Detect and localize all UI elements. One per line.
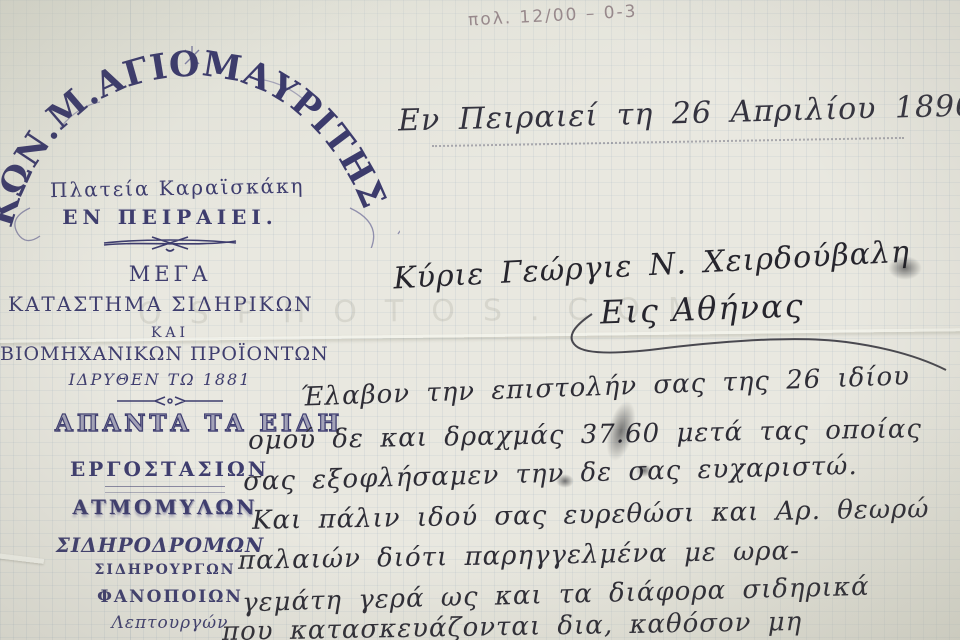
letter-photo: OSPHOTOS.COM πολ. 12/00 – 0-3 ΚΩΝ.Μ.ΑΓΙΟ… [0,0,960,640]
arc-flourish [346,208,400,248]
paper-tear [0,553,44,564]
body-line: σας εξοφλήσαμεν την δε σας ευχαριστώ. [243,451,858,497]
date-underline [432,137,904,147]
divider-ornament-icon [100,231,240,253]
letterhead-city: ΕΝ ΠΕΙΡΑΙΕΙ. [60,205,280,229]
divider-ornament-icon [115,393,225,409]
body-line: παλαιών διότι παρηγγελμένα με ωρα- [238,536,800,576]
body-line: ομού δε και δραχμάς 37.60 μετά τας οποία… [248,414,922,456]
letterhead-line: ΒΙΟΜΗΧΑΝΙΚΩΝ ΠΡΟΪΟΝΤΩΝ [0,343,320,365]
specialty-item: ΑΠΑΝΤΑ ΤΑ ΕΙΔΗ [55,410,275,437]
letterhead-line: ΚΑΤΑΣΤΗΜΑ ΣΙΔΗΡΙΚΩΝ [8,292,308,316]
archive-annotation: πολ. 12/00 – 0-3 [468,2,638,31]
letterhead-line: ΚΑΙ [60,325,280,341]
specialty-item: ΑΤΜΟΜΥΛΩΝ [60,495,270,519]
specialty-item: ΣΙΔΗΡΟΥΡΓΩΝ [75,562,255,578]
specialty-item: ΦΑΝΟΠΟΙΩΝ [85,587,255,607]
ink-blot [556,474,574,488]
svg-text:ΚΩΝ.Μ.ΑΓΙΟΜΑΥΡΙΤΗΣ: ΚΩΝ.Μ.ΑΓΙΟΜΑΥΡΙΤΗΣ [0,43,394,231]
salutation: Κύριε Γεώργιε Ν. Χειρδούβαλη [392,234,910,296]
letterhead-address: Πλατεία Καραϊσκάκη [50,174,290,202]
letterhead-founded: ΙΔΡΥΘΕΝ ΤΩ 1881 [40,370,280,389]
specialty-item: ΕΡΓΟΣΤΑΣΙΩΝ [70,457,260,481]
letterhead-line: ΜΕΓΑ [60,262,280,286]
divider-line [105,486,225,493]
body-line: Και πάλιν ιδού σας ευρεθώσι και Αρ. θεωρ… [252,494,930,536]
ink-blot [636,464,652,477]
date-line: Εν Πειραιεί τη 26 Απριλίου 1896 [398,88,960,138]
ink-blot [888,256,922,280]
company-name: ΚΩΝ.Μ.ΑΓΙΟΜΑΥΡΙΤΗΣ [0,43,394,231]
